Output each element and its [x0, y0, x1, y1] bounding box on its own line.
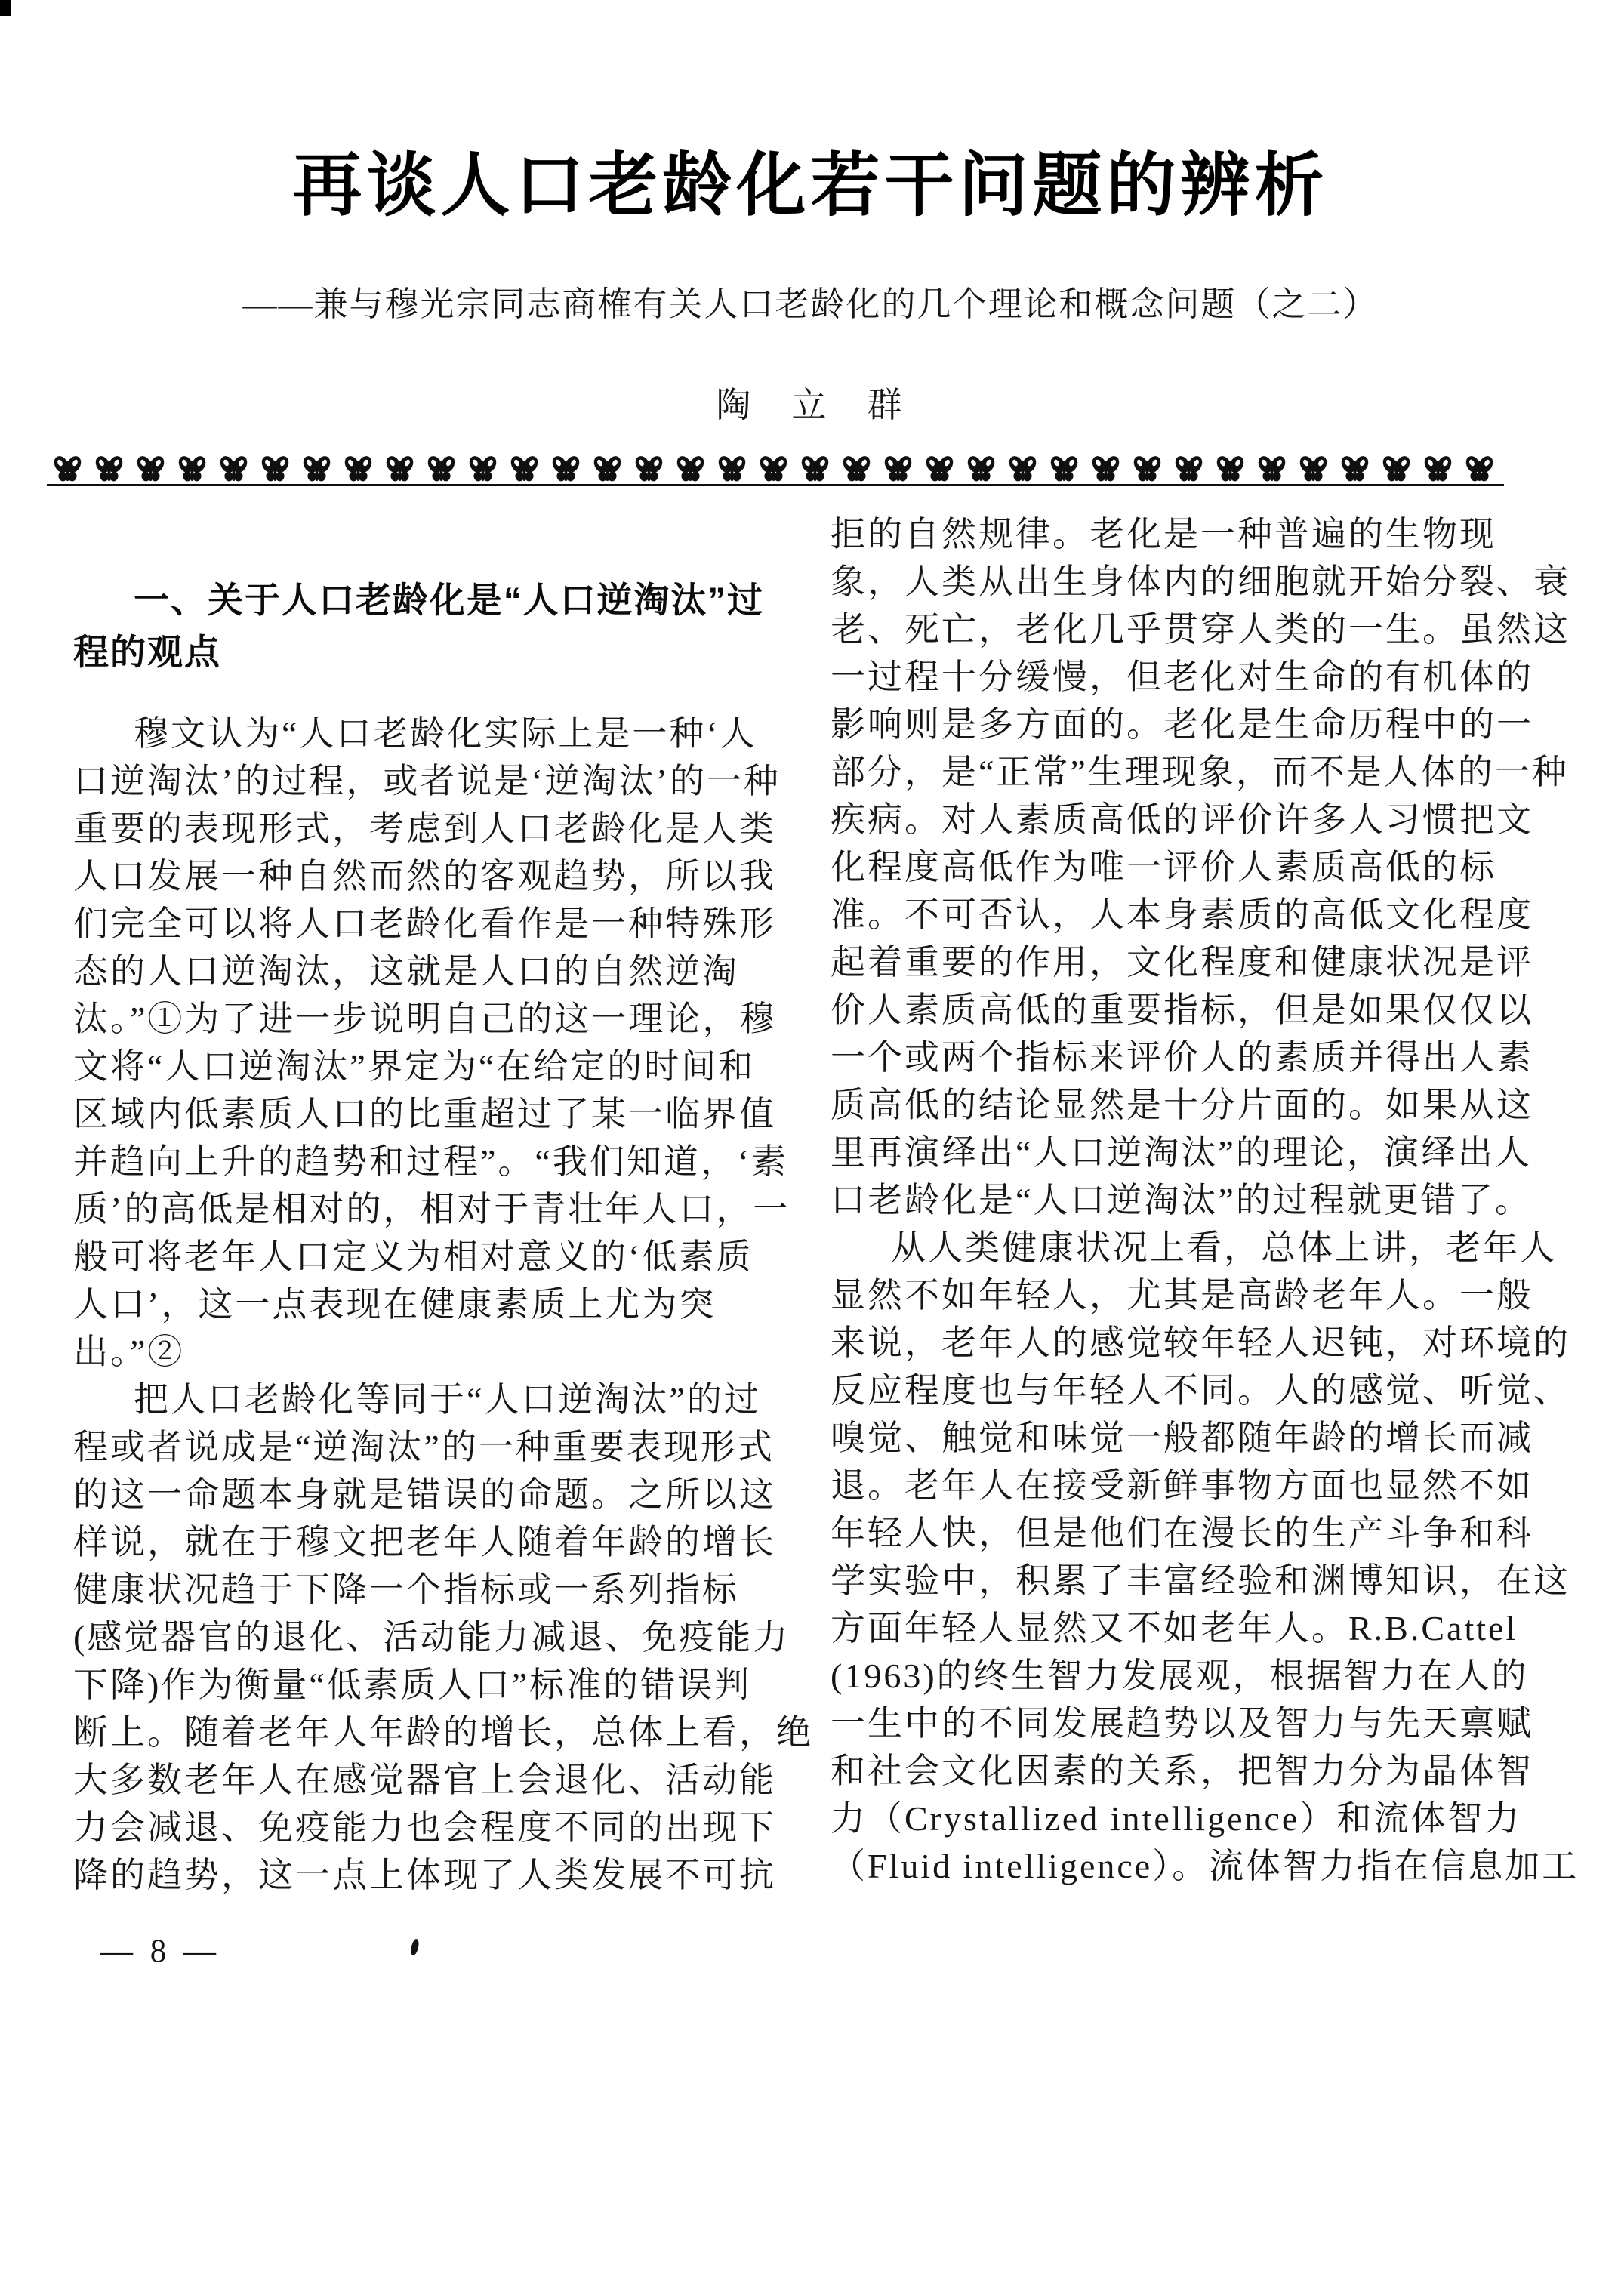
text-line: 象，人类从出生身体内的细胞就开始分裂、衰 — [831, 558, 1544, 606]
ornament-divider — [47, 453, 1504, 489]
text-line: 重要的表现形式，考虑到人口老龄化是人类 — [73, 805, 787, 852]
text-line: 人口发展一种自然而然的客观趋势，所以我 — [73, 852, 787, 900]
text-line — [73, 678, 787, 710]
text-line: 反应程度也与年轻人不同。人的感觉、听觉、 — [831, 1367, 1544, 1414]
text-line: 力（Crystallized intelligence）和流体智力 — [831, 1795, 1544, 1842]
text-line: 影响则是多方面的。老化是生命历程中的一 — [831, 701, 1544, 748]
text-line: 年轻人快，但是他们在漫长的生产斗争和科 — [831, 1509, 1544, 1557]
text-line: 一、关于人口老龄化是“人口逆淘汰”过 — [73, 574, 787, 626]
text-line: 一过程十分缓慢，但老化对生命的有机体的 — [831, 653, 1544, 701]
text-line: 人口’，这一点表现在健康素质上尤为突 — [73, 1281, 787, 1328]
article-subtitle: ——兼与穆光宗同志商榷有关人口老龄化的几个理论和概念问题（之二） — [0, 276, 1621, 325]
text-line: 起着重要的作用，文化程度和健康状况是评 — [831, 938, 1544, 986]
text-line: 价人素质高低的重要指标，但是如果仅仅以 — [831, 986, 1544, 1034]
text-line: 力会减退、免疫能力也会程度不同的出现下 — [73, 1804, 787, 1851]
text-line: 程或者说成是“逆淘汰”的一种重要表现形式 — [73, 1423, 787, 1471]
text-line: 态的人口逆淘汰，这就是人口的自然逆淘 — [73, 948, 787, 995]
text-line: 文将“人口逆淘汰”界定为“在给定的时间和 — [73, 1043, 787, 1090]
text-line: 准。不可否认，人本身素质的高低文化程度 — [831, 891, 1544, 938]
text-line: 显然不如年轻人，尤其是高龄老年人。一般 — [831, 1271, 1544, 1319]
text-line: 大多数老年人在感觉器官上会退化、活动能 — [73, 1756, 787, 1804]
text-line: 口老龄化是“人口逆淘汰”的过程就更错了。 — [831, 1176, 1544, 1224]
text-line: 部分，是“正常”生理现象，而不是人体的一种 — [831, 748, 1544, 796]
text-line: 从人类健康状况上看，总体上讲，老年人 — [831, 1224, 1544, 1271]
left-column: 一、关于人口老龄化是“人口逆淘汰”过程的观点穆文认为“人口老龄化实际上是一种‘人… — [73, 574, 787, 1899]
text-line: 老、死亡，老化几乎贯穿人类的一生。虽然这 — [831, 606, 1544, 653]
scan-corner-mark — [0, 0, 11, 16]
text-line: 和社会文化因素的关系，把智力分为晶体智 — [831, 1747, 1544, 1795]
text-line: 降的趋势，这一点上体现了人类发展不可抗 — [73, 1851, 787, 1899]
text-line: 来说，老年人的感觉较年轻人迟钝，对环境的 — [831, 1319, 1544, 1367]
text-line: 们完全可以将人口老龄化看作是一种特殊形 — [73, 900, 787, 948]
author-name: 陶 立 群 — [0, 378, 1621, 427]
text-line: 穆文认为“人口老龄化实际上是一种‘人 — [73, 710, 787, 757]
text-line: 出。”② — [73, 1328, 787, 1376]
text-line: 疾病。对人素质高低的评价许多人习惯把文 — [831, 796, 1544, 843]
text-line: 质’的高低是相对的，相对于青壮年人口，一 — [73, 1185, 787, 1233]
page-number: — 8 — — [100, 1933, 220, 1970]
text-line: (1963)的终生智力发展观，根据智力在人的 — [831, 1652, 1544, 1700]
text-line: 退。老年人在接受新鲜事物方面也显然不如 — [831, 1462, 1544, 1509]
text-line: 汰。”①为了进一步说明自己的这一理论，穆 — [73, 995, 787, 1043]
article-title: 再谈人口老龄化若干问题的辨析 — [0, 130, 1621, 230]
text-line: (感觉器官的退化、活动能力减退、免疫能力 — [73, 1613, 787, 1661]
text-line: 区域内低素质人口的比重超过了某一临界值 — [73, 1090, 787, 1138]
text-line: 化程度高低作为唯一评价人素质高低的标 — [831, 843, 1544, 891]
text-line: 程的观点 — [73, 626, 787, 678]
text-line: 健康状况趋于下降一个指标或一系列指标 — [73, 1566, 787, 1613]
butterfly-ornament-icon — [47, 479, 1504, 492]
text-line: 嗅觉、触觉和味觉一般都随年龄的增长而减 — [831, 1414, 1544, 1462]
text-line: 拒的自然规律。老化是一种普遍的生物现 — [831, 510, 1544, 558]
scanned-paper-page: 再谈人口老龄化若干问题的辨析 ——兼与穆光宗同志商榷有关人口老龄化的几个理论和概… — [0, 0, 1621, 2296]
text-line: 并趋向上升的趋势和过程”。“我们知道，‘素 — [73, 1138, 787, 1185]
text-line: 样说，就在于穆文把老年人随着年龄的增长 — [73, 1518, 787, 1566]
text-line: （Fluid intelligence）。流体智力指在信息加工 — [831, 1842, 1544, 1890]
text-line: 般可将老年人口定义为相对意义的‘低素质 — [73, 1233, 787, 1281]
text-line: 把人口老龄化等同于“人口逆淘汰”的过 — [73, 1376, 787, 1423]
text-line: 下降)作为衡量“低素质人口”标准的错误判 — [73, 1661, 787, 1709]
text-line: 的这一命题本身就是错误的命题。之所以这 — [73, 1471, 787, 1518]
text-line: 里再演绎出“人口逆淘汰”的理论，演绎出人 — [831, 1129, 1544, 1176]
text-line: 断上。随着老年人年龄的增长，总体上看，绝 — [73, 1709, 787, 1756]
text-line: 学实验中，积累了丰富经验和渊博知识，在这 — [831, 1557, 1544, 1604]
text-line: 质高低的结论显然是十分片面的。如果从这 — [831, 1081, 1544, 1129]
right-column: 拒的自然规律。老化是一种普遍的生物现象，人类从出生身体内的细胞就开始分裂、衰老、… — [831, 510, 1544, 1890]
text-line: 一个或两个指标来评价人的素质并得出人素 — [831, 1034, 1544, 1081]
text-line: 口逆淘汰’的过程，或者说是‘逆淘汰’的一种 — [73, 757, 787, 805]
text-line: 一生中的不同发展趋势以及智力与先天禀赋 — [831, 1700, 1544, 1747]
text-line: 方面年轻人显然又不如老年人。R.B.Cattel — [831, 1604, 1544, 1652]
ink-speck — [409, 1938, 420, 1956]
